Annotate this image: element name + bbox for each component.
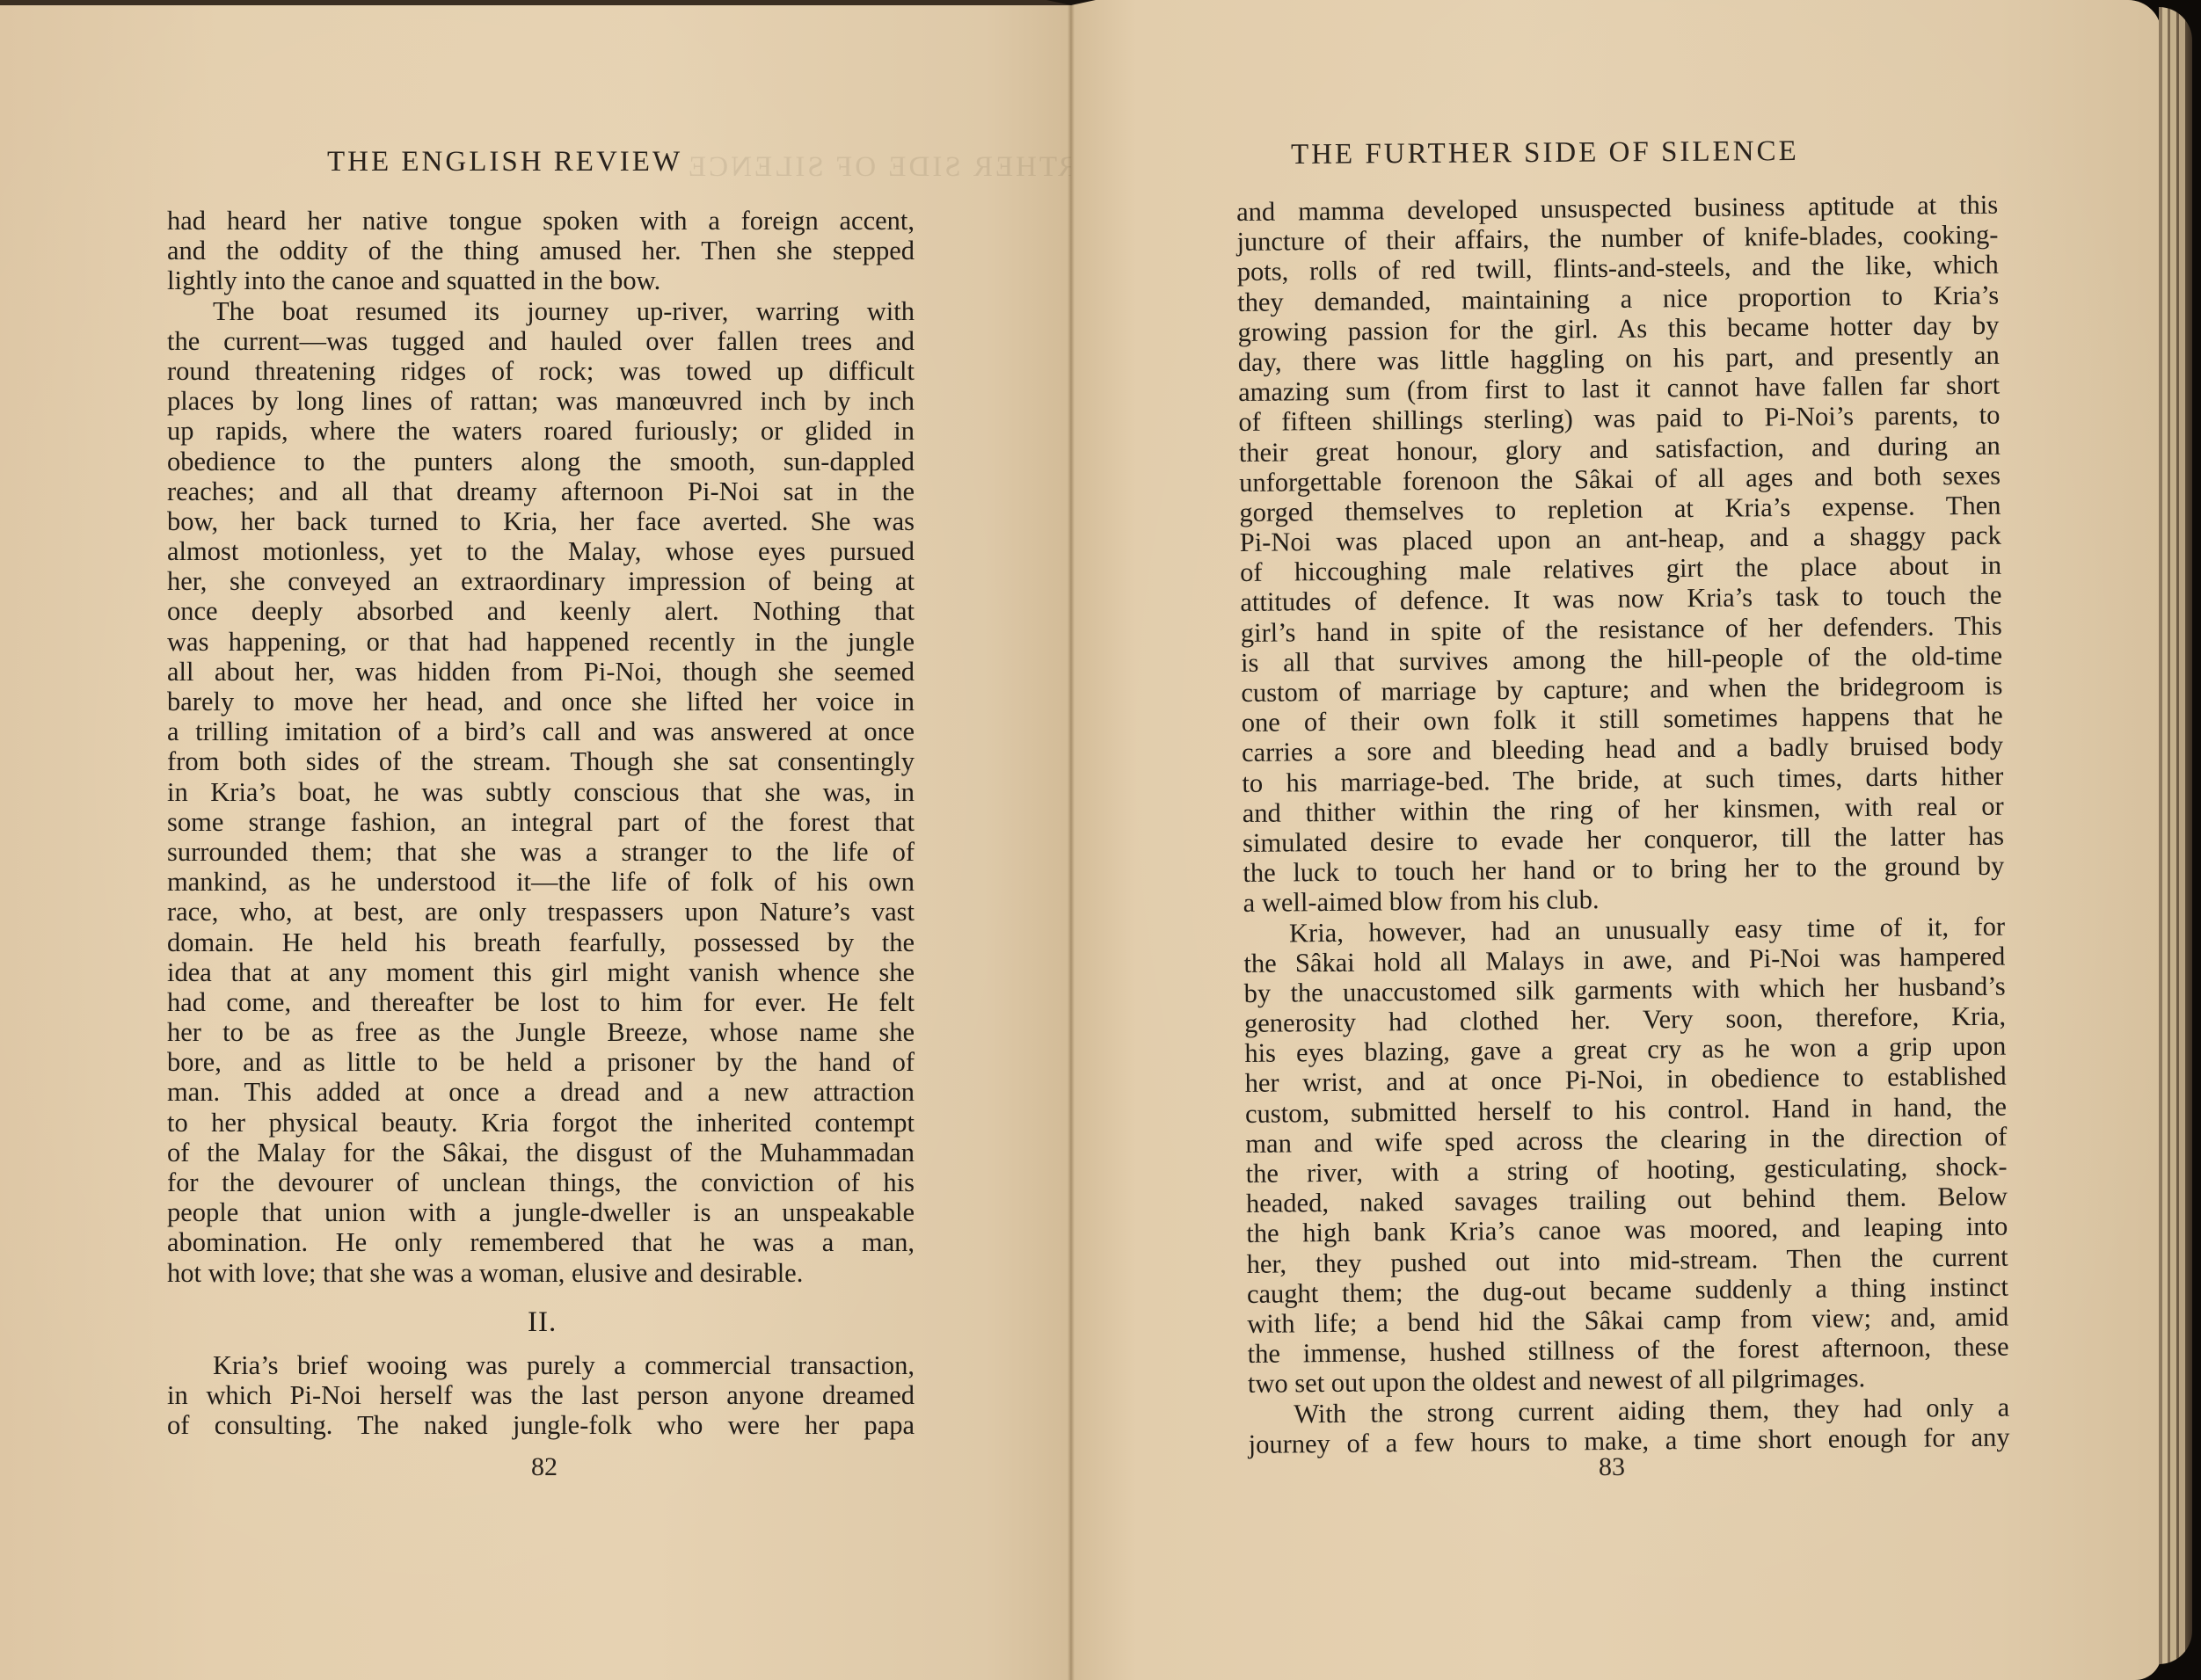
text-line: idea that at any moment this girl might … [167,957,915,987]
text-line: once deeply absorbed and keenly alert. N… [167,596,915,626]
text-line: almost motionless, yet to the Malay, who… [167,536,915,566]
text-line: some strange fashion, an integral part o… [167,807,915,837]
text-line: all about her, was hidden from Pi-Noi, t… [167,657,915,687]
text-line: of the Malay for the Sâkai, the disgust … [167,1138,915,1167]
text-line: The boat resumed its journey up-river, w… [167,296,915,326]
text-line: hot with love; that she was a woman, elu… [167,1258,915,1288]
text-line: reaches; and all that dreamy afternoon P… [167,476,915,506]
text-line: Kria’s brief wooing was purely a commerc… [167,1350,915,1380]
right-body-text: and mamma developed unsuspected business… [1236,190,2010,1459]
text-line: bow, her back turned to Kria, her face a… [167,506,915,536]
text-line: in which Pi-Noi herself was the last per… [167,1380,915,1410]
text-line: places by long lines of rattan; was manœ… [167,386,915,416]
text-line: man. This added at once a dread and a ne… [167,1077,915,1107]
text-line: people that union with a jungle-dweller … [167,1197,915,1227]
left-section-text: Kria’s brief wooing was purely a commerc… [167,1350,915,1441]
text-line: her, she conveyed an extraordinary impre… [167,566,915,596]
text-line: her to be as free as the Jungle Breeze, … [167,1017,915,1047]
text-line: and the oddity of the thing amused her. … [167,236,915,265]
text-line: bore, and as little to be held a prisone… [167,1047,915,1077]
text-line: obedience to the punters along the smoot… [167,447,915,476]
text-line: from both sides of the stream. Though sh… [167,746,915,776]
section-heading: II. [528,1306,557,1339]
text-line: had come, and thereafter be lost to him … [167,987,915,1017]
text-line: up rapids, where the waters roared furio… [167,416,915,446]
text-line: was happening, or that had happened rece… [167,627,915,657]
page-stack-edge [2159,7,2192,1664]
book-gutter [1068,0,1075,1680]
text-line: abomination. He only remembered that he … [167,1227,915,1257]
text-line: had heard her native tongue spoken with … [167,206,915,236]
page-number-right: 83 [1599,1452,1625,1482]
running-head-left: THE ENGLISH REVIEW [327,146,682,178]
text-line: in Kria’s boat, he was subtly conscious … [167,777,915,807]
page-number-left: 82 [531,1452,558,1482]
text-line: surrounded them; that she was a stranger… [167,837,915,867]
text-line: round threatening ridges of rock; was to… [167,356,915,386]
running-head-right: THE FURTHER SIDE OF SILENCE [1291,135,1799,171]
text-line: to her physical beauty. Kria forgot the … [167,1108,915,1138]
text-line: the current—was tugged and hauled over f… [167,326,915,356]
left-body-text: had heard her native tongue spoken with … [167,206,915,1288]
book-spread: THE FURTHER SIDE OF SILENCE THE ENGLISH … [0,0,2201,1680]
text-line: lightly into the canoe and squatted in t… [167,265,915,295]
text-line: a trilling imitation of a bird’s call an… [167,716,915,746]
text-line: barely to move her head, and once she li… [167,687,915,716]
spine-notch [1046,0,1096,5]
text-line: mankind, as he understood it—the life of… [167,867,915,897]
text-line: for the devourer of unclean things, the … [167,1167,915,1197]
text-line: of consulting. The naked jungle-folk who… [167,1410,915,1440]
text-line: domain. He held his breath fearfully, po… [167,927,915,957]
text-line: race, who, at best, are only trespassers… [167,897,915,927]
